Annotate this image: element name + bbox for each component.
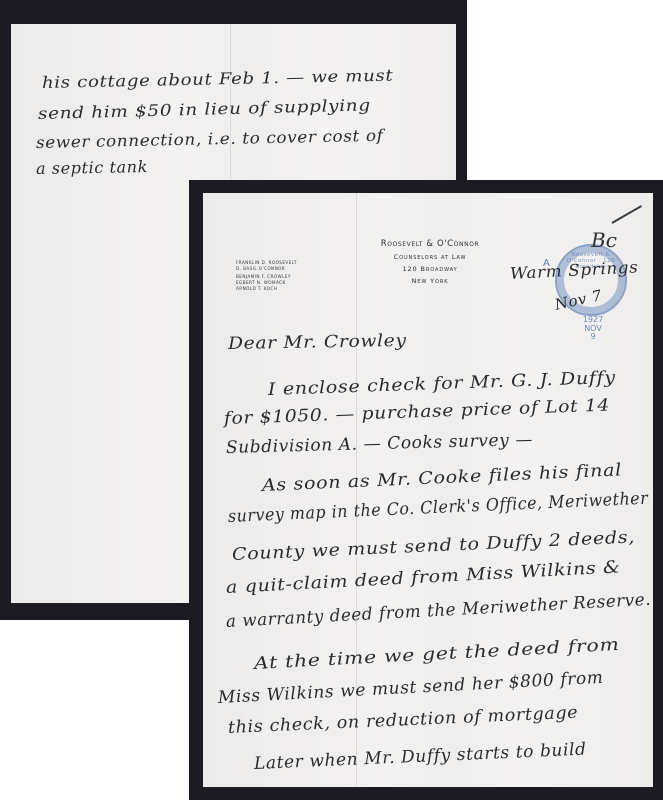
letterhead: Roosevelt & O'Connor Counselors at Law 1… <box>360 239 500 289</box>
letterhead-subtitle: Counselors at Law <box>360 253 500 261</box>
letterhead-address: 120 Broadway <box>360 265 500 273</box>
letter-salutation: Dear Mr. Crowley <box>228 331 407 354</box>
handwritten-initials: Bc <box>591 228 617 252</box>
back-page-line-4: a septic tank <box>36 157 148 178</box>
stamp-date: 1927 NOV 9 <box>578 316 608 342</box>
partner-name: Arnold T. Koch <box>236 286 297 292</box>
letterhead-firm: Roosevelt & O'Connor <box>360 239 500 249</box>
letterhead-city: New York <box>360 277 500 285</box>
stamp-day: 9 <box>578 333 608 342</box>
letterhead-partners: Franklin D. Roosevelt D. Basil O'Connor … <box>236 260 297 292</box>
